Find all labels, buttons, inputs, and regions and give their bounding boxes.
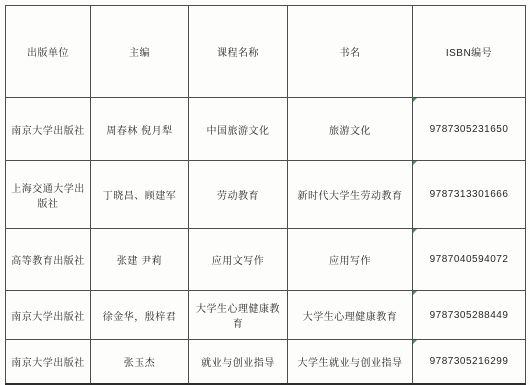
cell-isbn: 9787305216299 — [413, 340, 526, 384]
cell-publisher: 上海交通大学出版社 — [6, 161, 91, 229]
cell-book: 大学生就业与创业指导 — [288, 340, 413, 384]
table-row: 高等教育出版社 张建 尹莉 应用文写作 应用写作 9787040594072 — [6, 229, 526, 291]
cell-editor: 张玉杰 — [91, 340, 189, 384]
cell-publisher: 高等教育出版社 — [6, 229, 91, 291]
cell-editor: 张建 尹莉 — [91, 229, 189, 291]
cell-course: 劳动教育 — [189, 161, 288, 229]
cell-book: 应用写作 — [288, 229, 413, 291]
table-row: 上海交通大学出版社 丁晓昌、顾建军 劳动教育 新时代大学生劳动教育 978731… — [6, 161, 526, 229]
table-row: 南京大学出版社 徐金华，殷梓君 大学生心理健康教育 大学生心理健康教育 9787… — [6, 291, 526, 340]
cell-editor: 丁晓昌、顾建军 — [91, 161, 189, 229]
cell-isbn: 9787040594072 — [413, 229, 526, 291]
cell-course: 大学生心理健康教育 — [189, 291, 288, 340]
column-header-isbn: ISBN编号 — [413, 6, 526, 98]
cell-book: 旅游文化 — [288, 98, 413, 161]
cell-editor: 徐金华，殷梓君 — [91, 291, 189, 340]
cell-course: 中国旅游文化 — [189, 98, 288, 161]
cell-isbn: 9787305288449 — [413, 291, 526, 340]
document-page: 出版单位 主编 课程名称 书名 ISBN编号 南京大学出版社 周春林 倪月犁 中… — [0, 0, 530, 385]
cell-publisher: 南京大学出版社 — [6, 340, 91, 384]
cell-isbn: 9787313301666 — [413, 161, 526, 229]
books-table: 出版单位 主编 课程名称 书名 ISBN编号 南京大学出版社 周春林 倪月犁 中… — [5, 5, 526, 385]
column-header-editor: 主编 — [91, 6, 189, 98]
table-header-row: 出版单位 主编 课程名称 书名 ISBN编号 — [6, 6, 526, 98]
column-header-course: 课程名称 — [189, 6, 288, 98]
cell-isbn: 9787305231650 — [413, 98, 526, 161]
cell-course: 应用文写作 — [189, 229, 288, 291]
cell-publisher: 南京大学出版社 — [6, 291, 91, 340]
table-row: 南京大学出版社 周春林 倪月犁 中国旅游文化 旅游文化 978730523165… — [6, 98, 526, 161]
cell-book: 大学生心理健康教育 — [288, 291, 413, 340]
cell-course: 就业与创业指导 — [189, 340, 288, 384]
column-header-publisher: 出版单位 — [6, 6, 91, 98]
cell-book: 新时代大学生劳动教育 — [288, 161, 413, 229]
cell-publisher: 南京大学出版社 — [6, 98, 91, 161]
table-row: 南京大学出版社 张玉杰 就业与创业指导 大学生就业与创业指导 978730521… — [6, 340, 526, 384]
cell-editor: 周春林 倪月犁 — [91, 98, 189, 161]
column-header-book: 书名 — [288, 6, 413, 98]
